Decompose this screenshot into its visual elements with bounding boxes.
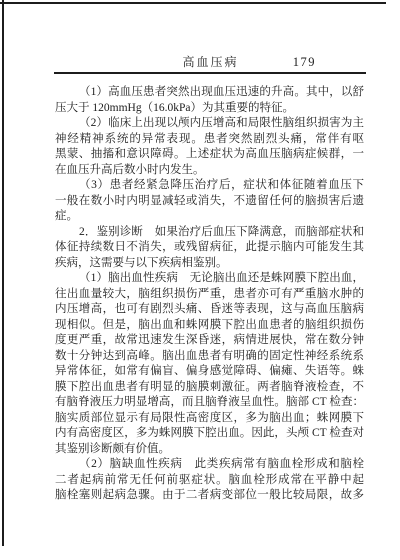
text-line: 内有高密度区，多为蛛网膜下腔出血。因此，头颅 CT 检查对 bbox=[55, 426, 364, 442]
text-line: （2）临床上出现以颅内压增高和局限性脑组织损害为主的 bbox=[55, 116, 364, 132]
text-line: 体征持续数日不消失，或残留病征，此提示脑内可能发生其他 bbox=[55, 240, 364, 256]
text-line: 度更严重，故常迅速发生深昏迷，病情进展快，常在数分钟至 bbox=[55, 333, 364, 349]
text-line: 脑栓塞则起病急骤。由于二者病变部位一般比较局限，故多不 bbox=[55, 488, 364, 504]
running-header: 高血压病 179 bbox=[55, 54, 366, 70]
text-line: 内压增高，也可有剧烈头痛、昏迷等表现，这与高血压脑病表 bbox=[55, 302, 364, 318]
text-line: 神经精神系统的异常表现。患者突然剧烈头痛，常伴有呕吐、 bbox=[55, 132, 364, 148]
text-line: （1）高血压患者突然出现血压迅速的升高。其中，以舒张 bbox=[55, 85, 364, 101]
page-number: 179 bbox=[293, 54, 316, 70]
text-line: 疾病，这需要与以下疾病相鉴别。 bbox=[55, 256, 364, 272]
text-line: （2）脑缺血性疾病 此类疾病常有脑血栓形成和脑栓塞， bbox=[55, 457, 364, 473]
text-line: 往出血量较大，脑组织损伤严重，患者亦可有严重脑水肿的颅 bbox=[55, 287, 364, 303]
running-header-title: 高血压病 bbox=[55, 54, 366, 70]
text-line: 脑实质部位显示有局限性高密度区，多为脑出血；蛛网膜下腔 bbox=[55, 411, 364, 427]
text-line: 症。 bbox=[55, 209, 364, 225]
scan-edge-left-line bbox=[2, 0, 4, 546]
text-line: 现相似。但是，脑出血和蛛网膜下腔出血患者的脑组织损伤程 bbox=[55, 318, 364, 334]
scan-edge-top-line bbox=[0, 2, 386, 4]
text-line: 其鉴别诊断颇有价值。 bbox=[55, 442, 364, 458]
text-line: 一般在数小时内明显减轻或消失，不遗留任何的脑损害后遗 bbox=[55, 194, 364, 210]
text-line: 2．鉴别诊断 如果治疗后血压下降满意，而脑部症状和 bbox=[55, 225, 364, 241]
text-line: （3）患者经紧急降压治疗后，症状和体征随着血压下降， bbox=[55, 178, 364, 194]
text-line: 二者起病前常无任何前驱症状。脑血栓形成常在平静中起病； bbox=[55, 473, 364, 489]
text-line: 压大于 120mmHg（16.0kPa）为其重要的特征。 bbox=[55, 101, 364, 117]
text-line: 有脑脊液压力明显增高，而且脑脊液呈血性。脑部 CT 检查： bbox=[55, 395, 364, 411]
text-line: 数十分钟达到高峰。脑出血患者有明确的固定性神经系统系统 bbox=[55, 349, 364, 365]
text-line: 膜下腔出血患者有明显的脑膜刺激征。两者脑脊液检查，不仅 bbox=[55, 380, 364, 396]
text-line: 黑蒙、抽搐和意识障碍。上述症状为高血压脑病症候群，一般 bbox=[55, 147, 364, 163]
text-line: 异常体征，如常有偏盲、偏身感觉障碍、偏瘫、失语等。蛛网 bbox=[55, 364, 364, 380]
text-line: 在血压升高后数小时内发生。 bbox=[55, 163, 364, 179]
body-text: （1）高血压患者突然出现血压迅速的升高。其中，以舒张压大于 120mmHg（16… bbox=[55, 85, 364, 504]
header-rule bbox=[54, 72, 366, 74]
scanned-page: 高血压病 179 （1）高血压患者突然出现血压迅速的升高。其中，以舒张压大于 1… bbox=[0, 0, 400, 560]
text-line: （1）脑出血性疾病 无论脑出血还是蛛网膜下腔出血，往 bbox=[55, 271, 364, 287]
